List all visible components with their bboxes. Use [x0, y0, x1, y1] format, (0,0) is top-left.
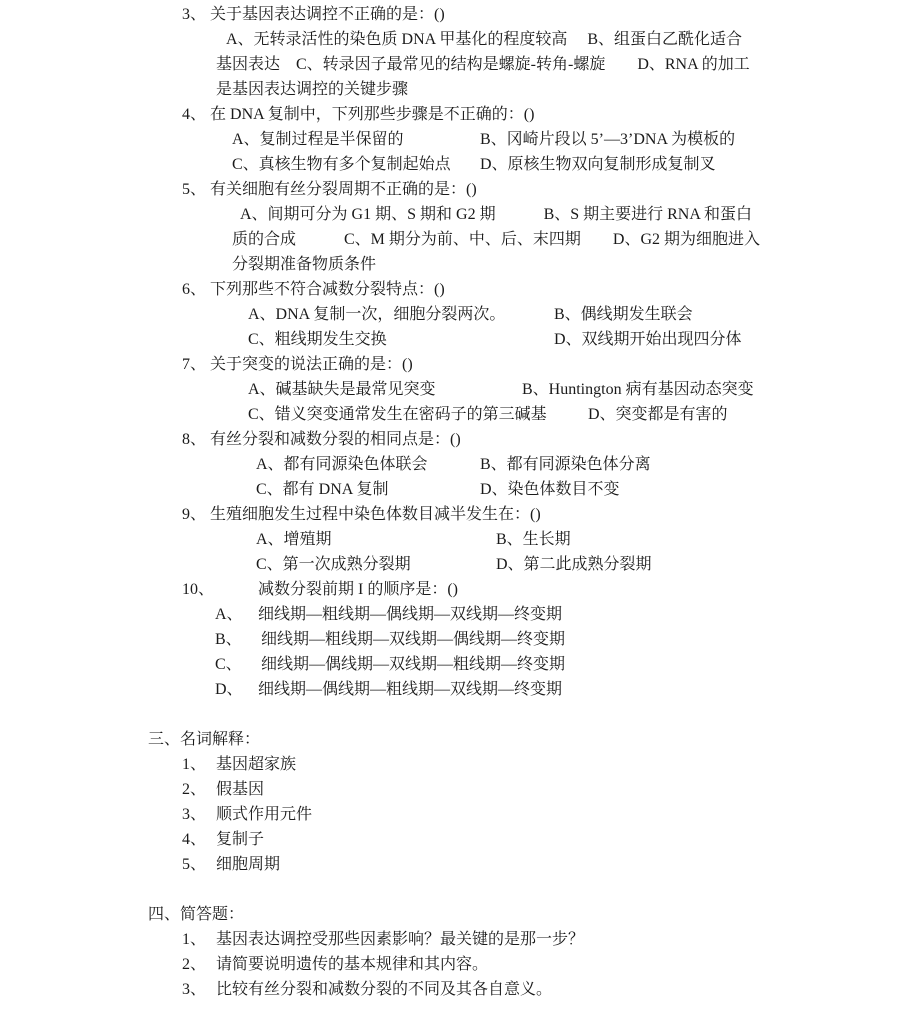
option-d-label: D、 — [215, 679, 243, 701]
option-b: B、冈崎片段以 5’—3’DNA 为模板的 — [480, 129, 735, 151]
term-number: 1、 — [182, 756, 206, 773]
question-number: 5、 — [182, 179, 206, 201]
question-stem: 下列那些不符合减数分裂特点：() — [210, 281, 445, 298]
question-stem: 有丝分裂和减数分裂的相同点是：() — [210, 431, 461, 448]
option-d: D、双线期开始出现四分体 — [554, 329, 742, 351]
option-a: A、碱基缺失是最常见突变 — [248, 379, 436, 401]
term-text: 基因超家族 — [216, 756, 296, 773]
option-b: B、生长期 — [496, 529, 571, 551]
term-item: 3、 顺式作用元件 — [182, 804, 312, 826]
term-text: 假基因 — [216, 781, 264, 798]
question-number: 9、 — [182, 504, 206, 526]
term-item: 5、 细胞周期 — [182, 854, 280, 876]
option-b-label: B、 — [215, 629, 242, 651]
item-text: 请简要说明遗传的基本规律和其内容。 — [216, 956, 488, 973]
question-5-line-1: A、间期可分为 G1 期、S 期和 G2 期 B、S 期主要进行 RNA 和蛋白 — [240, 204, 752, 226]
option-c: C、第一次成熟分裂期 — [256, 554, 411, 576]
option-d: D、原核生物双向复制形成复制叉 — [480, 154, 716, 176]
option-b-text: 细线期—粗线期—双线期—偶线期—终变期 — [261, 629, 565, 651]
term-number: 3、 — [182, 806, 206, 823]
option-c-label: C、 — [215, 654, 242, 676]
question-3-line-2: 基因表达 C、转录因子最常见的结构是螺旋-转角-螺旋 D、RNA 的加工 — [216, 54, 750, 76]
option-d: D、染色体数目不变 — [480, 479, 620, 501]
term-text: 细胞周期 — [216, 856, 280, 873]
question-stem: 有关细胞有丝分裂周期不正确的是：() — [210, 181, 477, 198]
question-stem: 关于基因表达调控不正确的是：() — [210, 6, 445, 23]
question-number: 7、 — [182, 354, 206, 376]
option-a: A、增殖期 — [256, 529, 332, 551]
term-text: 顺式作用元件 — [216, 806, 312, 823]
option-a: A、都有同源染色体联会 — [256, 454, 428, 476]
question-number: 8、 — [182, 429, 206, 451]
section-3-heading: 三、名词解释： — [148, 729, 260, 751]
option-c: C、粗线期发生交换 — [248, 329, 387, 351]
short-answer-item: 3、 比较有丝分裂和减数分裂的不同及其各自意义。 — [182, 979, 552, 1001]
option-a-label: A、 — [215, 604, 243, 626]
question-4: 4、 在 DNA 复制中，下列那些步骤是不正确的：() — [182, 104, 534, 126]
option-d-text: 细线期—偶线期—粗线期—双线期—终变期 — [258, 679, 562, 701]
short-answer-item: 1、 基因表达调控受那些因素影响？最关键的是那一步？ — [182, 929, 584, 951]
item-text: 基因表达调控受那些因素影响？最关键的是那一步？ — [216, 931, 584, 948]
term-item: 1、 基因超家族 — [182, 754, 296, 776]
term-item: 2、 假基因 — [182, 779, 264, 801]
question-7: 7、 关于突变的说法正确的是：() — [182, 354, 413, 376]
question-number: 6、 — [182, 279, 206, 301]
option-c: C、真核生物有多个复制起始点 — [232, 154, 451, 176]
question-5-line-3: 分裂期准备物质条件 — [232, 254, 376, 276]
question-5: 5、 有关细胞有丝分裂周期不正确的是：() — [182, 179, 477, 201]
option-c: C、都有 DNA 复制 — [256, 479, 388, 501]
question-3: 3、 关于基因表达调控不正确的是：() — [182, 4, 445, 26]
option-b: B、都有同源染色体分离 — [480, 454, 651, 476]
option-d: D、突变都是有害的 — [588, 404, 728, 426]
option-b: B、Huntington 病有基因动态突变 — [522, 379, 754, 401]
term-text: 复制子 — [216, 831, 264, 848]
question-9: 9、 生殖细胞发生过程中染色体数目减半发生在：() — [182, 504, 541, 526]
term-item: 4、 复制子 — [182, 829, 264, 851]
question-stem: 在 DNA 复制中，下列那些步骤是不正确的：() — [210, 106, 534, 123]
option-c: C、错义突变通常发生在密码子的第三碱基 — [248, 404, 547, 426]
option-a-text: 细线期—粗线期—偶线期—双线期—终变期 — [258, 604, 562, 626]
item-text: 比较有丝分裂和减数分裂的不同及其各自意义。 — [216, 981, 552, 998]
section-4-heading: 四、简答题： — [148, 904, 244, 926]
question-10-number: 10、 — [182, 579, 214, 601]
option-d: D、第二此成熟分裂期 — [496, 554, 652, 576]
question-5-line-2: 质的合成 C、M 期分为前、中、后、末四期 D、G2 期为细胞进入 — [232, 229, 760, 251]
option-a: A、DNA 复制一次，细胞分裂两次。 — [248, 304, 505, 326]
question-number: 4、 — [182, 104, 206, 126]
question-8: 8、 有丝分裂和减数分裂的相同点是：() — [182, 429, 461, 451]
short-answer-item: 2、 请简要说明遗传的基本规律和其内容。 — [182, 954, 488, 976]
option-a: A、复制过程是半保留的 — [232, 129, 404, 151]
option-b: B、偶线期发生联会 — [554, 304, 693, 326]
question-number: 3、 — [182, 4, 206, 26]
question-stem: 生殖细胞发生过程中染色体数目减半发生在：() — [210, 506, 541, 523]
question-3-line-3: 是基因表达调控的关键步骤 — [216, 79, 408, 101]
item-number: 2、 — [182, 956, 206, 973]
question-6: 6、 下列那些不符合减数分裂特点：() — [182, 279, 445, 301]
option-c-text: 细线期—偶线期—双线期—粗线期—终变期 — [261, 654, 565, 676]
question-10-stem: 减数分裂前期 I 的顺序是：() — [258, 579, 458, 601]
term-number: 4、 — [182, 831, 206, 848]
item-number: 3、 — [182, 981, 206, 998]
term-number: 5、 — [182, 856, 206, 873]
term-number: 2、 — [182, 781, 206, 798]
question-stem: 关于突变的说法正确的是：() — [210, 356, 413, 373]
question-3-line-1: A、无转录活性的染色质 DNA 甲基化的程度较高 B、组蛋白乙酰化适合 — [226, 29, 742, 51]
item-number: 1、 — [182, 931, 206, 948]
